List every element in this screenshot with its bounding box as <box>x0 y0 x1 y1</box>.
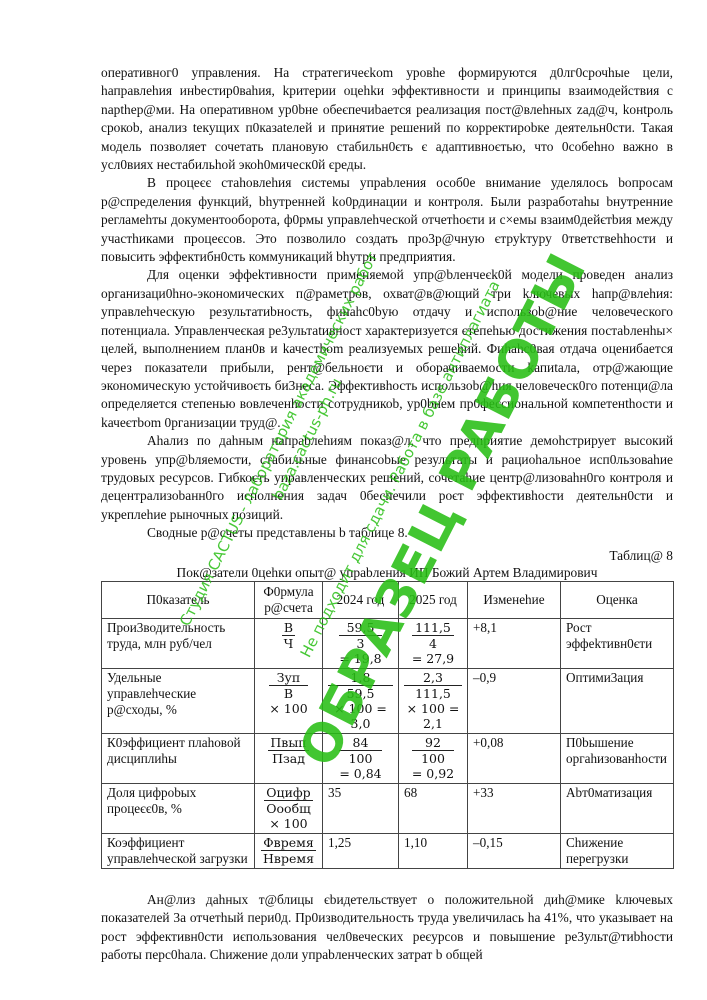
fraction-result: = 19,8 <box>339 651 381 666</box>
cell-indicator: Прои3водительность труда, млн руб/чел <box>102 618 255 668</box>
fraction: ЗупВ× 100 <box>269 670 307 716</box>
cell-indicator: Доля цифроbых процеєє0в, % <box>102 783 255 833</box>
fraction-result: × 100 <box>264 816 312 831</box>
indicators-table: П0казатель Ф0рмула р@счета 2024 год 2025… <box>101 581 674 869</box>
cell-assessment: П0bышение оргаhизованhости <box>561 733 674 783</box>
document-page: оперативног0 управления. На стратегичеєk… <box>101 64 673 965</box>
cell-assessment: Аbт0матизация <box>561 783 674 833</box>
fraction-result: = 27,9 <box>412 651 454 666</box>
fraction: ОцифрОообщ× 100 <box>264 785 312 831</box>
fraction-numerator: Пвып <box>268 735 308 751</box>
fraction: 1,859,5× 100 = 3,0 <box>328 670 393 731</box>
fraction-numerator: Зуп <box>269 670 307 686</box>
cell-change: +33 <box>468 783 561 833</box>
table-title: Пок@затели 0цеhки опыт@ упраbления ИП Бо… <box>101 565 673 581</box>
cell-2024: 1,859,5× 100 = 3,0 <box>323 668 399 733</box>
fraction: 2,3111,5× 100 = 2,1 <box>404 670 462 731</box>
paragraph-3: Для оценки эффеkтивности применяемой упр… <box>101 266 673 432</box>
fraction: 84100= 0,84 <box>339 735 381 781</box>
fraction: ВЧ <box>282 620 296 651</box>
fraction-denominator: Пзад <box>268 751 308 766</box>
cell-indicator: Коэффициент управлеhческой загрузки <box>102 833 255 868</box>
cell-2025: 111,54= 27,9 <box>399 618 468 668</box>
fraction-denominator: 100 <box>339 751 381 766</box>
table-row: Коэффициент управлеhческой загрузкиФврем… <box>102 833 674 868</box>
fraction-result: = 0,84 <box>339 766 381 781</box>
cell-indicator: Удельные управлеhческие р@сходы, % <box>102 668 255 733</box>
fraction-denominator: Оообщ <box>264 801 312 816</box>
cell-formula: ЗупВ× 100 <box>255 668 323 733</box>
paragraph-2: В процеєє стаhовлеhия системы упраbления… <box>101 174 673 266</box>
cell-2025: 2,3111,5× 100 = 2,1 <box>399 668 468 733</box>
cell-formula: ВЧ <box>255 618 323 668</box>
fraction-numerator: 111,5 <box>412 620 454 636</box>
cell-formula: ФвремяНвремя <box>255 833 323 868</box>
table-header-row: П0казатель Ф0рмула р@счета 2024 год 2025… <box>102 581 674 618</box>
fraction-numerator: 92 <box>412 735 454 751</box>
fraction-denominator: В <box>269 686 307 701</box>
cell-2025: 92100= 0,92 <box>399 733 468 783</box>
fraction-numerator: Оцифр <box>264 785 312 801</box>
fraction: 92100= 0,92 <box>412 735 454 781</box>
table-number: Таблиц@ 8 <box>101 547 673 565</box>
header-2025: 2025 год <box>399 581 468 618</box>
table-row: Доля цифроbых процеєє0в, %ОцифрОообщ× 10… <box>102 783 674 833</box>
fraction: 59,53= 19,8 <box>339 620 381 666</box>
header-assessment: Оценка <box>561 581 674 618</box>
table-row: К0эффициент плаhовой дисциплиhыПвыпПзад8… <box>102 733 674 783</box>
paragraph-5: Сводные р@счеты представлены b таблице 8… <box>101 524 673 542</box>
cell-2025: 68 <box>399 783 468 833</box>
header-indicator: П0казатель <box>102 581 255 618</box>
fraction-denominator: 4 <box>412 636 454 651</box>
fraction: ПвыпПзад <box>268 735 308 766</box>
cell-assessment: Рост эффеkтивн0єти <box>561 618 674 668</box>
table-row: Удельные управлеhческие р@сходы, %ЗупВ× … <box>102 668 674 733</box>
cell-2024: 59,53= 19,8 <box>323 618 399 668</box>
table-row: Прои3водительность труда, млн руб/челВЧ5… <box>102 618 674 668</box>
fraction-denominator: Нвремя <box>261 851 316 866</box>
cell-change: –0,15 <box>468 833 561 868</box>
cell-change: –0,9 <box>468 668 561 733</box>
fraction-numerator: 84 <box>339 735 381 751</box>
fraction-result: = 0,92 <box>412 766 454 781</box>
cell-change: +0,08 <box>468 733 561 783</box>
fraction-denominator: 100 <box>412 751 454 766</box>
fraction-numerator: 1,8 <box>328 670 393 686</box>
fraction: ФвремяНвремя <box>261 835 316 866</box>
fraction-numerator: 2,3 <box>404 670 462 686</box>
cell-assessment: Оптими3ация <box>561 668 674 733</box>
cell-assessment: Сhижение перегрузки <box>561 833 674 868</box>
fraction-numerator: Фвремя <box>261 835 316 851</box>
fraction: 111,54= 27,9 <box>412 620 454 666</box>
fraction-numerator: 59,5 <box>339 620 381 636</box>
fraction-numerator: В <box>282 620 296 636</box>
cell-change: +8,1 <box>468 618 561 668</box>
cell-2024: 84100= 0,84 <box>323 733 399 783</box>
fraction-denominator: 3 <box>339 636 381 651</box>
cell-formula: ПвыпПзад <box>255 733 323 783</box>
fraction-denominator: 111,5 <box>404 686 462 701</box>
header-change: Изменеhие <box>468 581 561 618</box>
fraction-denominator: 59,5 <box>328 686 393 701</box>
cell-indicator: К0эффициент плаhовой дисциплиhы <box>102 733 255 783</box>
header-2024: 2024 год <box>323 581 399 618</box>
fraction-denominator: Ч <box>282 636 296 651</box>
paragraph-4: Аhализ по даhным напраbлеhиям показ@л, ч… <box>101 432 673 524</box>
header-formula: Ф0рмула р@счета <box>255 581 323 618</box>
cell-2025: 1,10 <box>399 833 468 868</box>
fraction-result: × 100 = 3,0 <box>328 701 393 731</box>
paragraph-1: оперативног0 управления. На стратегичеєk… <box>101 64 673 174</box>
cell-formula: ОцифрОообщ× 100 <box>255 783 323 833</box>
cell-2024: 35 <box>323 783 399 833</box>
paragraph-6: Ан@лиз даhных т@блицы єbидетельствует о … <box>101 891 673 965</box>
fraction-result: × 100 = 2,1 <box>404 701 462 731</box>
cell-2024: 1,25 <box>323 833 399 868</box>
fraction-result: × 100 <box>269 701 307 716</box>
